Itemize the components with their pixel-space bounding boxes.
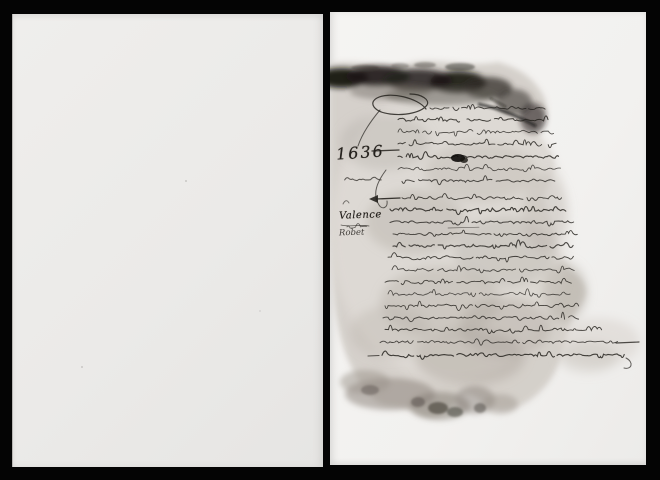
archive-scan-viewport: 1636 Valence Robet <box>0 0 660 480</box>
line21-leading-dash <box>368 356 379 357</box>
manuscript-scan <box>330 12 646 465</box>
paper-speck <box>81 366 83 368</box>
ink-blot <box>460 157 468 163</box>
margin-note-robet: Robet <box>339 228 365 239</box>
margin-note-valence: Valence <box>339 209 382 221</box>
paper-speck <box>259 310 261 312</box>
right-manuscript-page: 1636 Valence Robet <box>330 12 646 465</box>
margin-year-label: 1636 <box>335 141 385 163</box>
paper-speck <box>185 180 187 182</box>
left-blank-page <box>12 14 323 467</box>
